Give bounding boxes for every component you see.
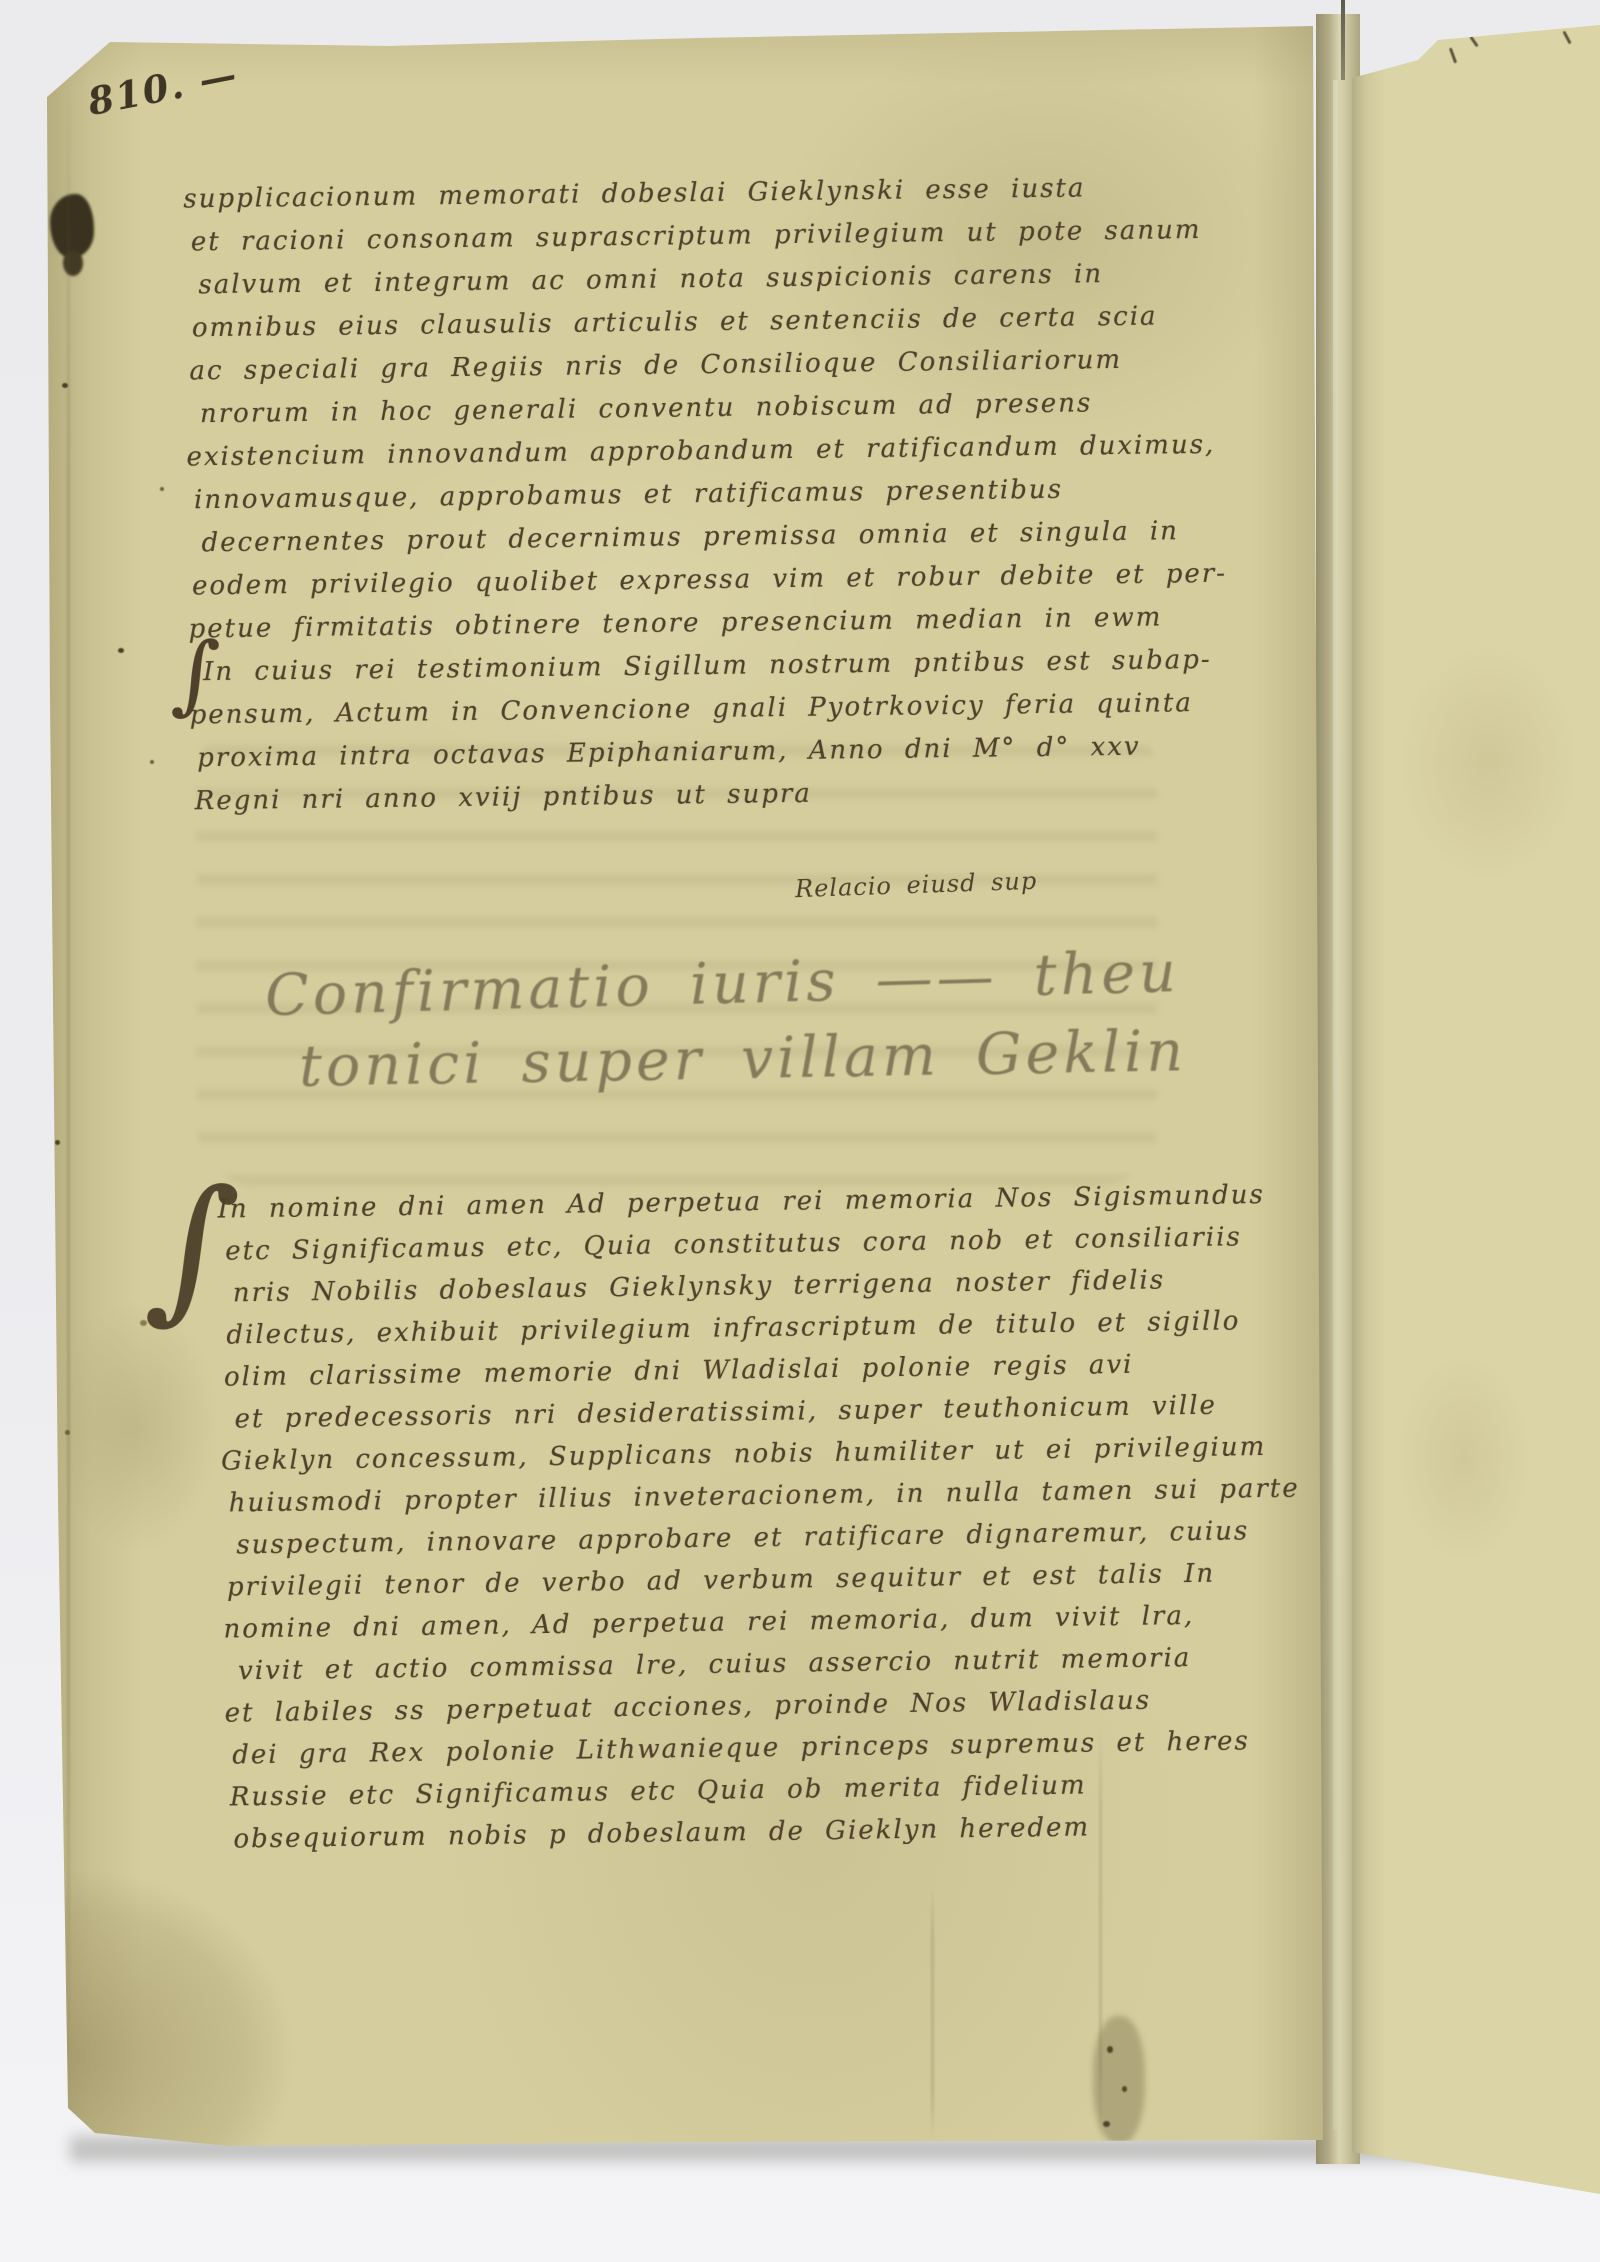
ink-speck xyxy=(1107,2046,1113,2053)
initial-flourish: ∫ xyxy=(169,621,222,727)
ink-speck xyxy=(150,760,154,764)
gutter-fold-highlight xyxy=(1333,80,1338,2130)
ink-blot xyxy=(63,250,83,276)
fold-crease xyxy=(931,1886,934,2142)
manuscript-page: 810. — supplicacionum memorati dobeslai … xyxy=(47,26,1323,2148)
ink-speck xyxy=(1122,2086,1127,2092)
scanned-manuscript-photo: 810. — supplicacionum memorati dobeslai … xyxy=(0,0,1600,2262)
edge-mark xyxy=(1469,36,1478,48)
edge-mark xyxy=(1562,31,1571,45)
page-number: 810. — xyxy=(84,52,242,124)
ink-speck xyxy=(55,1140,60,1145)
fold-crease xyxy=(67,86,70,2116)
edge-mark xyxy=(1410,41,1420,55)
ink-speck xyxy=(118,648,124,653)
edge-mark xyxy=(1449,47,1457,63)
spine-edge-line xyxy=(1341,0,1345,80)
ink-speck xyxy=(160,487,164,491)
ink-blot xyxy=(50,194,94,258)
ink-speck xyxy=(1103,2121,1110,2127)
ink-smudge xyxy=(1093,2016,1145,2144)
paragraph-1: supplicacionum memorati dobeslai Gieklyn… xyxy=(183,166,1230,824)
paragraph-2: In nomine dni amen Ad perpetua rei memor… xyxy=(217,1174,1304,1861)
facing-page xyxy=(1352,24,1600,2196)
